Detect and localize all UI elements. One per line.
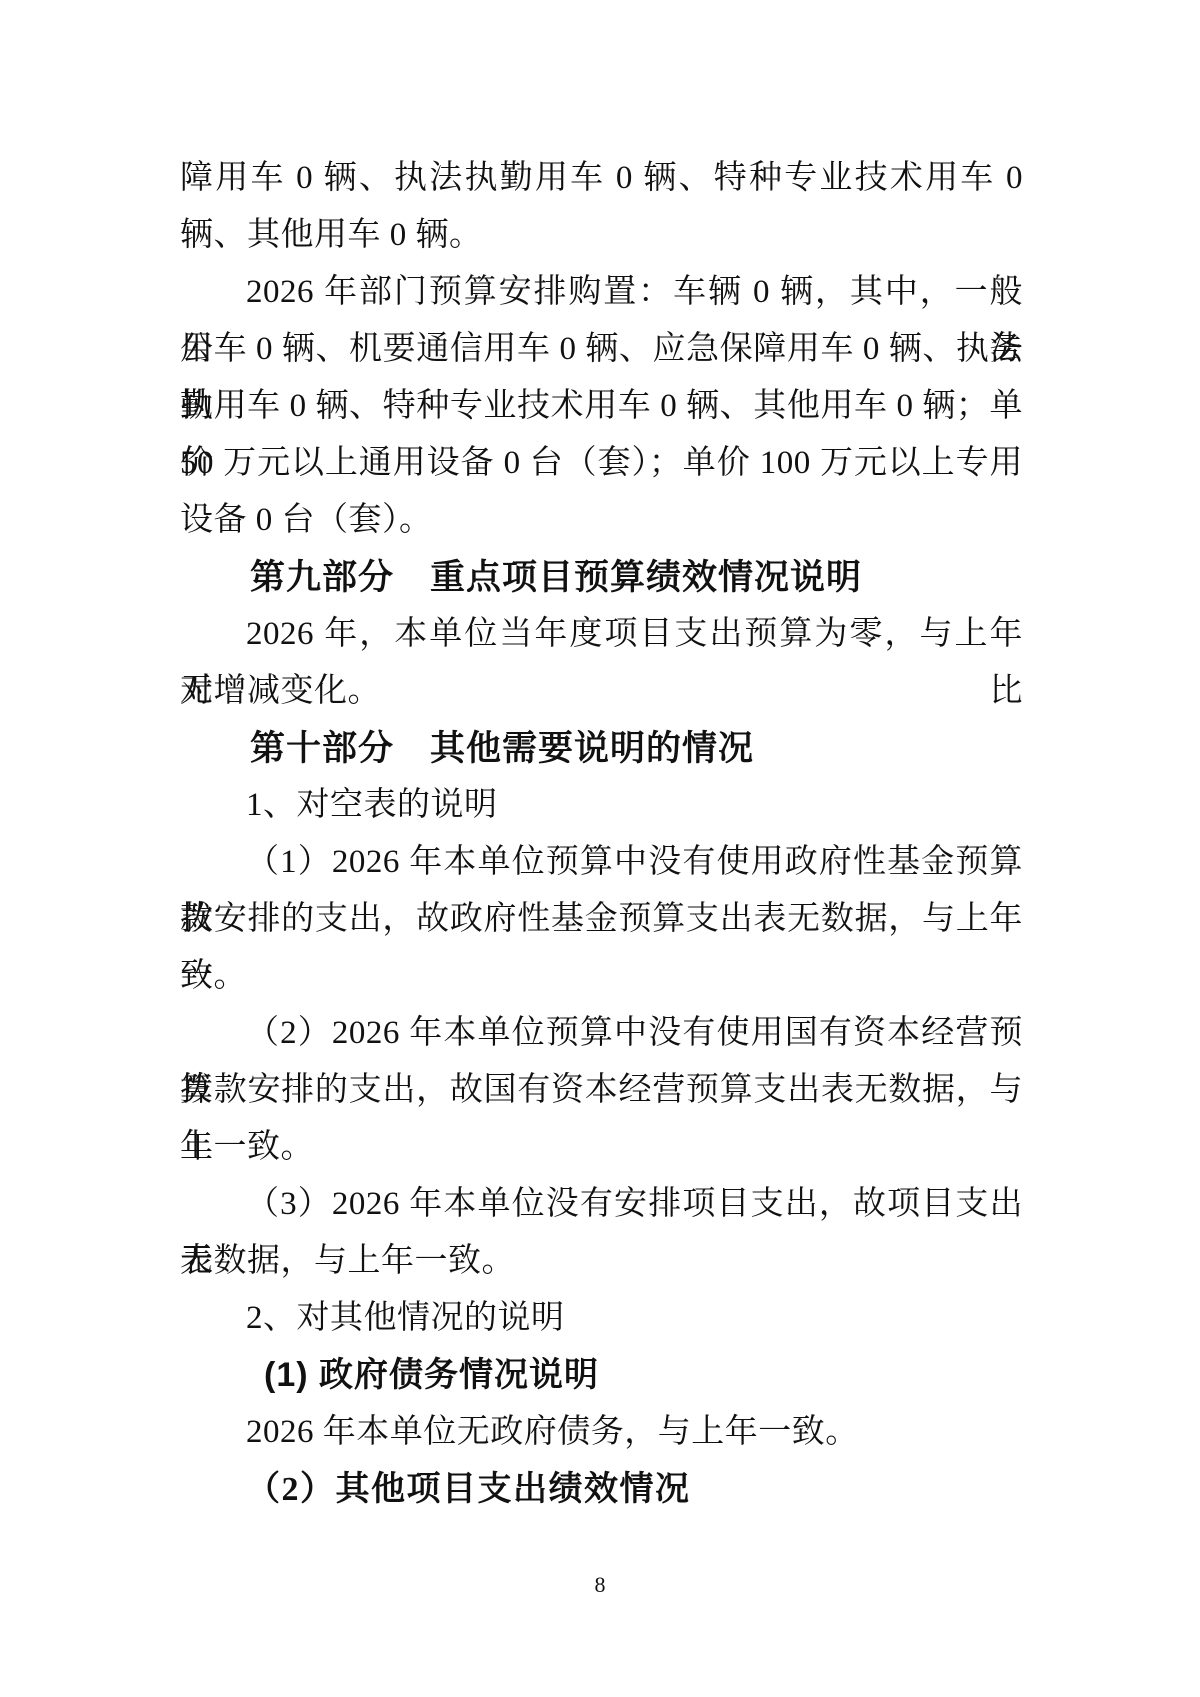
paragraph-line: 勤用车 0 辆、特种专业技术用车 0 辆、其他用车 0 辆；单价: [180, 378, 1023, 435]
paragraph-line: 用车 0 辆、机要通信用车 0 辆、应急保障用车 0 辆、执法执: [180, 321, 1023, 378]
paragraph-line: 2026 年部门预算安排购置：车辆 0 辆，其中，一般公务: [180, 264, 1023, 321]
paragraph-line: 辆、其他用车 0 辆。: [180, 207, 1023, 264]
section-heading-part9: 第九部分 重点项目预算绩效情况说明: [250, 549, 1023, 606]
paragraph-line: （3）2026 年本单位没有安排项目支出，故项目支出表: [180, 1176, 1023, 1233]
paragraph-line: 年一致。: [180, 1119, 1023, 1176]
document-content: 障用车 0 辆、执法执勤用车 0 辆、特种专业技术用车 0 辆、其他用车 0 辆…: [180, 150, 1023, 1518]
paragraph-line: 2026 年，本单位当年度项目支出预算为零，与上年对比: [180, 606, 1023, 663]
section-heading-part10: 第十部分 其他需要说明的情况: [250, 720, 1023, 777]
document-page: 障用车 0 辆、执法执勤用车 0 辆、特种专业技术用车 0 辆、其他用车 0 辆…: [0, 0, 1200, 1697]
paragraph-line: 障用车 0 辆、执法执勤用车 0 辆、特种专业技术用车 0: [180, 150, 1023, 207]
subsection-heading-debt: (1) 政府债务情况说明: [264, 1347, 1023, 1404]
subsection-heading-performance: （2）其他项目支出绩效情况: [180, 1461, 1023, 1518]
paragraph-line: （2）2026 年本单位预算中没有使用国有资本经营预算: [180, 1005, 1023, 1062]
paragraph-line: 款安排的支出，故政府性基金预算支出表无数据，与上年一: [180, 891, 1023, 948]
paragraph-line: 50 万元以上通用设备 0 台（套）；单价 100 万元以上专用: [180, 435, 1023, 492]
list-item-heading: 2、对其他情况的说明: [180, 1290, 1023, 1347]
paragraph-line: （1）2026 年本单位预算中没有使用政府性基金预算拨: [180, 834, 1023, 891]
paragraph-line: 2026 年本单位无政府债务，与上年一致。: [180, 1404, 1023, 1461]
paragraph-line: 设备 0 台（套）。: [180, 492, 1023, 549]
paragraph-line: 无数据，与上年一致。: [180, 1233, 1023, 1290]
page-number: 8: [0, 1572, 1200, 1598]
paragraph-line: 致。: [180, 948, 1023, 1005]
paragraph-line: 拨款安排的支出，故国有资本经营预算支出表无数据，与上: [180, 1062, 1023, 1119]
list-item-heading: 1、对空表的说明: [180, 777, 1023, 834]
